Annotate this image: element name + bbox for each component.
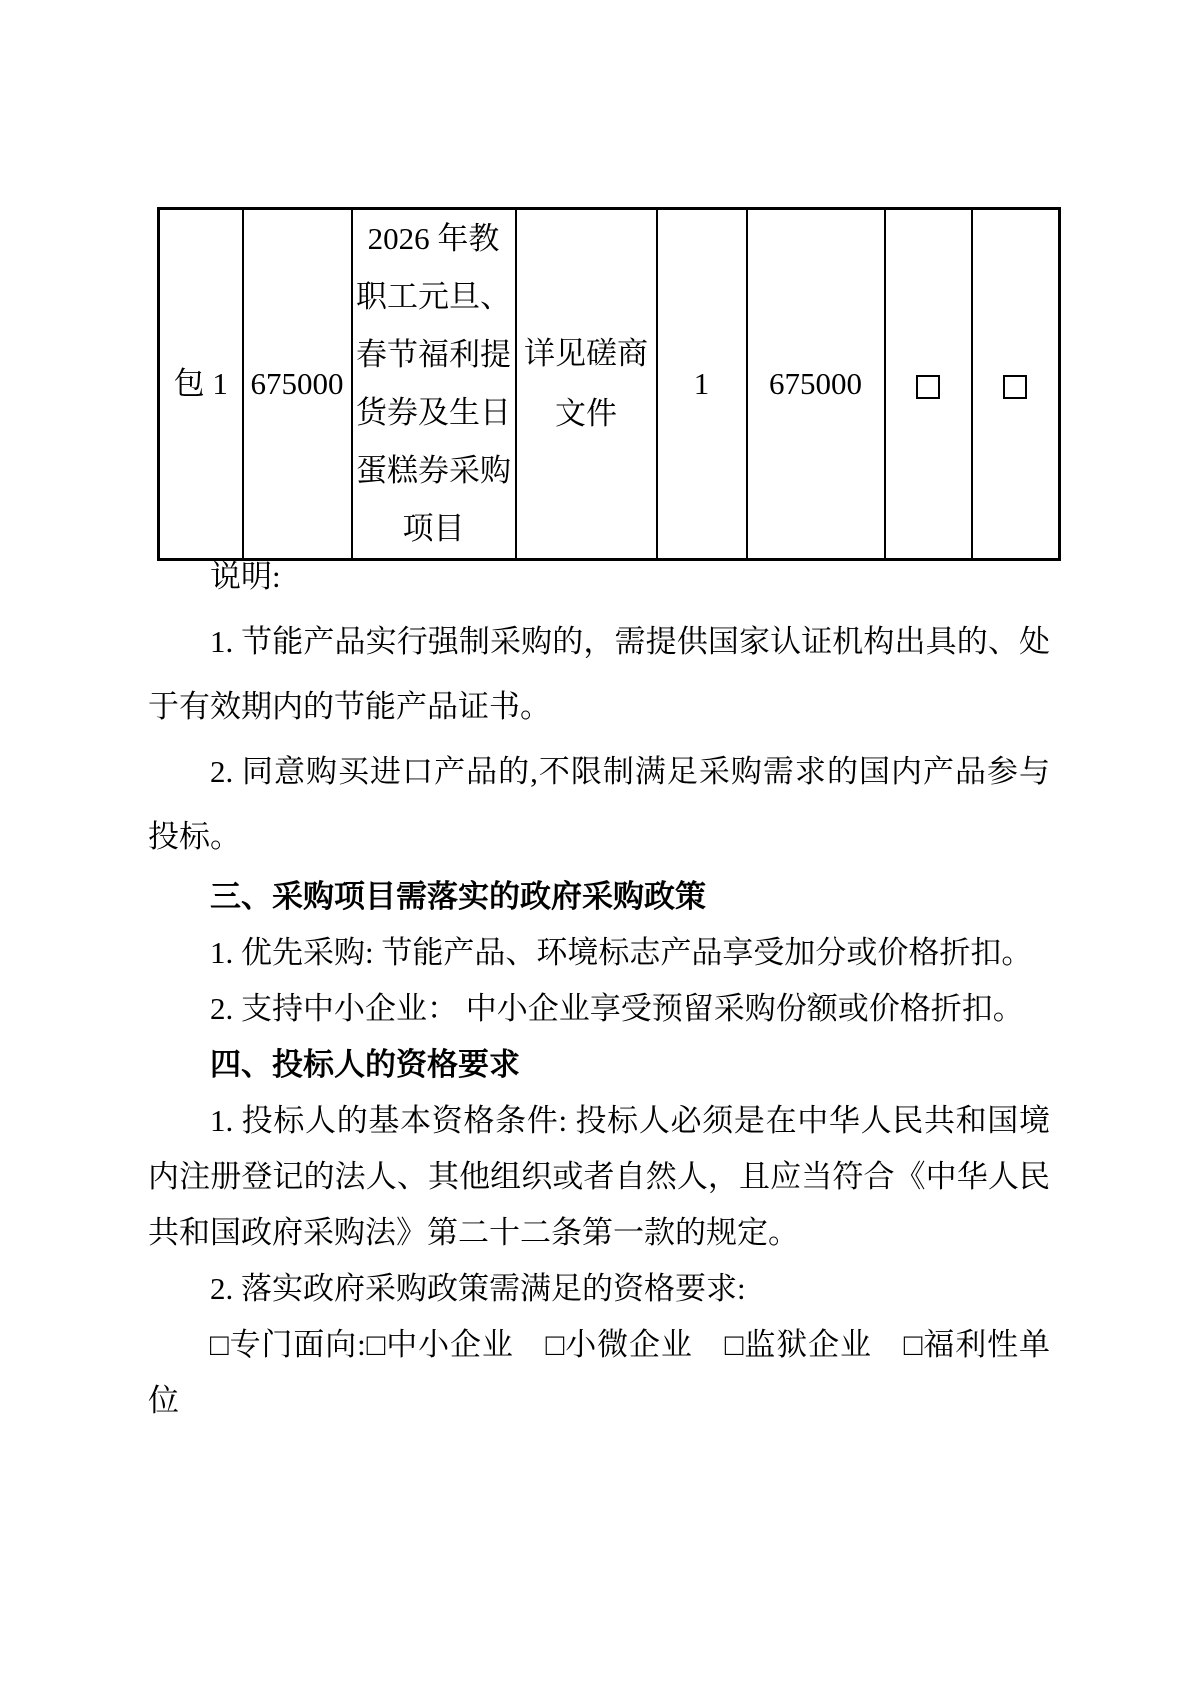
note-item-2: 2. 同意购买进口产品的,不限制满足采购需求的国内产品参与投标。 [148, 739, 1050, 869]
cell-checkbox-2 [972, 209, 1060, 560]
qualification-item-1: 1. 投标人的基本资格条件: 投标人必须是在中华人民共和国境内注册登记的法人、其… [148, 1093, 1050, 1261]
target-enterprise-checkbox-line: □专门面向:□中小企业 □小微企业 □监狱企业 □福利性单位 [148, 1317, 1050, 1429]
note-item-1: 1. 节能产品实行强制采购的，需提供国家认证机构出具的、处于有效期内的节能产品证… [148, 609, 1050, 739]
note-title: 说明: [148, 544, 1050, 609]
cell-specification: 详见磋商文件 [516, 209, 657, 560]
policy-item-2: 2. 支持中小企业： 中小企业享受预留采购份额或价格折扣。 [148, 981, 1050, 1037]
cell-quantity: 1 [657, 209, 747, 560]
cell-project-name: 2026 年教职工元旦、春节福利提货券及生日蛋糕券采购项目 [352, 209, 516, 560]
cell-package-number: 包 1 [159, 209, 243, 560]
table-row: 包 1 675000 2026 年教职工元旦、春节福利提货券及生日蛋糕券采购项目… [159, 209, 1060, 560]
unchecked-checkbox-icon[interactable] [916, 375, 940, 399]
document-page: 包 1 675000 2026 年教职工元旦、春节福利提货券及生日蛋糕券采购项目… [0, 0, 1191, 1684]
section-heading-qualifications: 四、投标人的资格要求 [148, 1037, 1050, 1093]
procurement-lot-table: 包 1 675000 2026 年教职工元旦、春节福利提货券及生日蛋糕券采购项目… [157, 207, 1061, 561]
cell-checkbox-1 [885, 209, 972, 560]
section-heading-policies: 三、采购项目需落实的政府采购政策 [148, 869, 1050, 925]
cell-total-price: 675000 [747, 209, 885, 560]
cell-budget-amount: 675000 [243, 209, 352, 560]
unchecked-checkbox-icon[interactable] [1003, 375, 1027, 399]
qualification-item-2: 2. 落实政府采购政策需满足的资格要求: [148, 1261, 1050, 1317]
policy-item-1: 1. 优先采购: 节能产品、环境标志产品享受加分或价格折扣。 [148, 925, 1050, 981]
document-body: 说明: 1. 节能产品实行强制采购的，需提供国家认证机构出具的、处于有效期内的节… [148, 544, 1050, 1429]
